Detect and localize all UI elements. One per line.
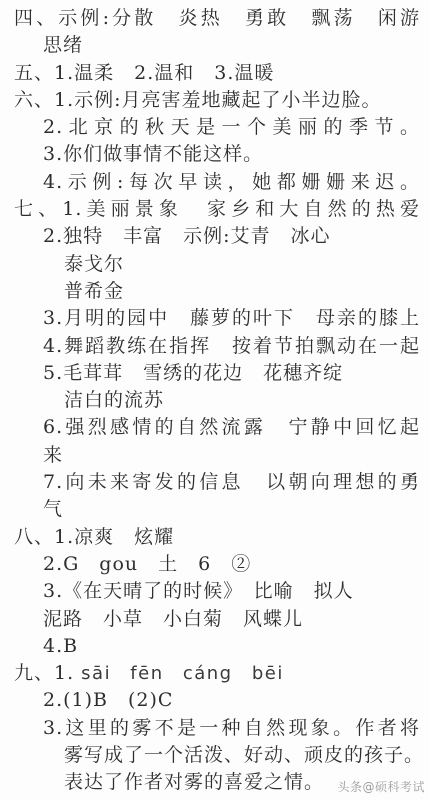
answer-line: 五、1.温柔 2.温和 3.温暖 bbox=[0, 60, 420, 87]
answer-line: 4.B bbox=[0, 633, 420, 660]
answer-line-prefix: 九、1. bbox=[14, 662, 81, 684]
answer-line: 七、1.美丽景象 家乡和大自然的热爱 bbox=[0, 196, 420, 223]
answer-line: 6.强烈感情的自然流露 宁静中回忆起 bbox=[0, 414, 420, 441]
answer-line: 2.(1)B (2)C bbox=[0, 687, 420, 714]
answer-line: 六、1.示例:月亮害羞地藏起了小半边脸。 bbox=[0, 87, 420, 114]
answer-line: 3.你们做事情不能这样。 bbox=[0, 141, 420, 168]
answer-line: 7.向未来寄发的信息 以朝向理想的勇 bbox=[0, 469, 420, 496]
answer-line: 4.舞蹈教练在指挥 按着节拍飘动在一起 bbox=[0, 333, 420, 360]
answer-line: 3.《在天晴了的时候》 比喻 拟人 bbox=[0, 578, 420, 605]
answer-line: 5.毛茸茸 雪绣的花边 花穗齐绽 bbox=[0, 360, 420, 387]
answer-sheet-page: 四、示例:分散 炎热 勇敢 飘荡 闲游 思绪 五、1.温柔 2.温和 3.温暖 … bbox=[0, 0, 429, 800]
watermark: 头条@硕科考试 bbox=[337, 778, 425, 795]
answer-line: 2.G gou 土 6 ② bbox=[0, 551, 420, 578]
answer-line: 2.北京的秋天是一个美丽的季节。 bbox=[0, 114, 420, 141]
answer-line: 2.独特 丰富 示例:艾青 冰心 bbox=[0, 223, 420, 250]
answer-line: 四、示例:分散 炎热 勇敢 飘荡 闲游 bbox=[0, 5, 420, 32]
answer-line: 泥路 小草 小白菊 风蝶儿 bbox=[0, 606, 420, 633]
answer-line: 普希金 bbox=[0, 278, 420, 305]
answer-line: 4.示例:每次早读，她都姗姗来迟。 bbox=[0, 169, 420, 196]
pinyin-text: sāi fēn cáng bēi bbox=[81, 663, 284, 684]
answer-line: 洁白的流苏 bbox=[0, 387, 420, 414]
answer-line: 思绪 bbox=[0, 32, 420, 59]
answer-line: 泰戈尔 bbox=[0, 251, 420, 278]
answer-line: 3.这里的雾不是一种自然现象。作者将 bbox=[0, 715, 420, 742]
answer-line: 雾写成了一个活泼、好动、顽皮的孩子。 bbox=[0, 742, 420, 769]
answer-line: 气 bbox=[0, 496, 420, 523]
answer-line: 八、1.凉爽 炫耀 bbox=[0, 524, 420, 551]
answer-line-pinyin: 九、1. sāi fēn cáng bēi bbox=[0, 660, 420, 687]
answer-line: 来 bbox=[0, 442, 420, 469]
answer-line: 3.月明的园中 藤萝的叶下 母亲的膝上 bbox=[0, 305, 420, 332]
